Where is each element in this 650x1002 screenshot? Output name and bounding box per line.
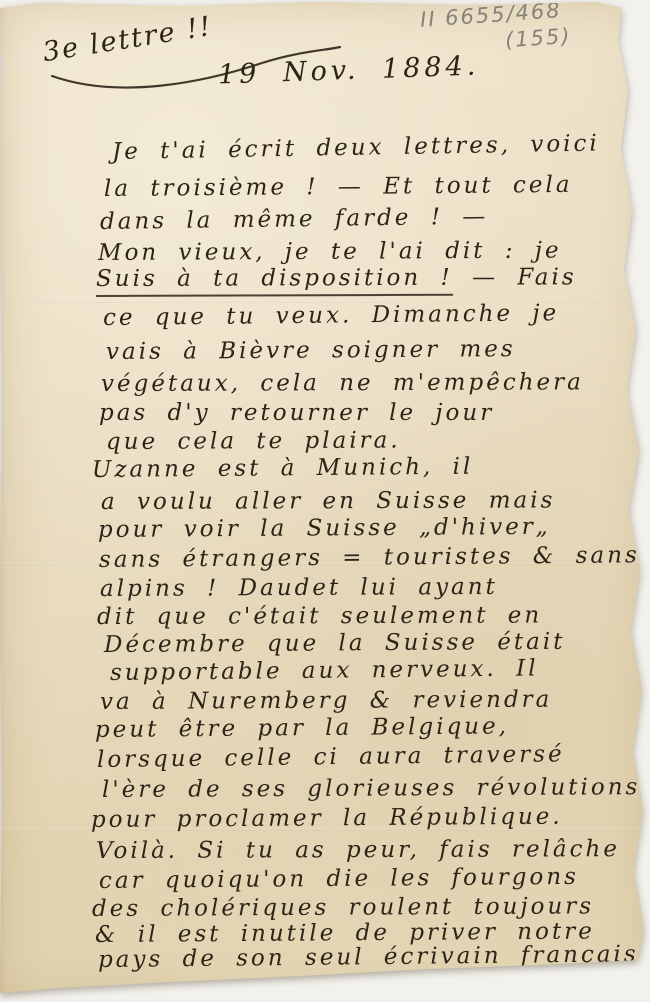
manuscript-line: pour proclamer la République. (91, 804, 563, 833)
manuscript-line: Voilà. Si tu as peur, fais relâche (96, 836, 620, 864)
manuscript-line: végétaux, cela ne m'empêchera (101, 369, 584, 397)
manuscript-line: Mon vieux, je te l'ai dit : je (98, 238, 562, 266)
scan-background: II 6655/468 (155) 3e lettre !! 19 Nov. 1… (0, 0, 650, 1002)
manuscript-line: dans la même farde ! — (100, 204, 489, 235)
paper-sheet: II 6655/468 (155) 3e lettre !! 19 Nov. 1… (0, 0, 650, 1002)
letter-page: II 6655/468 (155) 3e lettre !! 19 Nov. 1… (0, 0, 650, 1002)
underlined-phrase: Suis à ta disposition ! (96, 265, 453, 297)
manuscript-line: pas d'y retourner le jour (99, 400, 494, 426)
manuscript-line: dit que c'était seulement en (97, 602, 542, 630)
date: 19 Nov. 1884. (218, 50, 480, 90)
manuscript-line: vais à Bièvre soigner mes (106, 336, 516, 365)
manuscript-line: pays de son seul écrivain français. (98, 941, 649, 973)
letter-number-note: 3e lettre !! (41, 11, 215, 68)
manuscript-line: alpins ! Daudet lui ayant (100, 574, 498, 602)
manuscript-line: l'ère de ses glorieuses révolutions & (102, 774, 650, 803)
manuscript-line: ce que tu veux. Dimanche je (103, 300, 559, 331)
manuscript-line: peut être par la Belgique, (95, 713, 509, 743)
manuscript-line: la troisième ! — Et tout cela (104, 172, 573, 202)
manuscript-line: des cholériques roulent toujours (92, 893, 594, 922)
manuscript-line: supportable aux nerveux. Il (110, 656, 539, 686)
manuscript-line: sans étrangers = touristes & sans (99, 542, 640, 573)
manuscript-line: que cela te plaira. (106, 427, 401, 455)
manuscript-line: a voulu aller en Suisse mais (101, 487, 555, 515)
archive-sheet-number: (155) (504, 24, 572, 53)
line-continuation: — Fais (453, 264, 577, 290)
manuscript-line: car quoiqu'on die les fourgons (99, 864, 579, 894)
manuscript-line: pour voir la Suisse „d'hiver„ (98, 514, 551, 543)
manuscript-line: Décembre que la Suisse était (104, 629, 566, 658)
manuscript-line-underlined: Suis à ta disposition ! — Fais (96, 264, 577, 292)
manuscript-line: va à Nuremberg & reviendra (100, 687, 552, 715)
manuscript-line: Je t'ai écrit deux lettres, voici (112, 130, 600, 165)
manuscript-line: Uzanne est à Munich, il (92, 454, 474, 483)
manuscript-line: lorsque celle ci aura traversé (97, 741, 565, 773)
